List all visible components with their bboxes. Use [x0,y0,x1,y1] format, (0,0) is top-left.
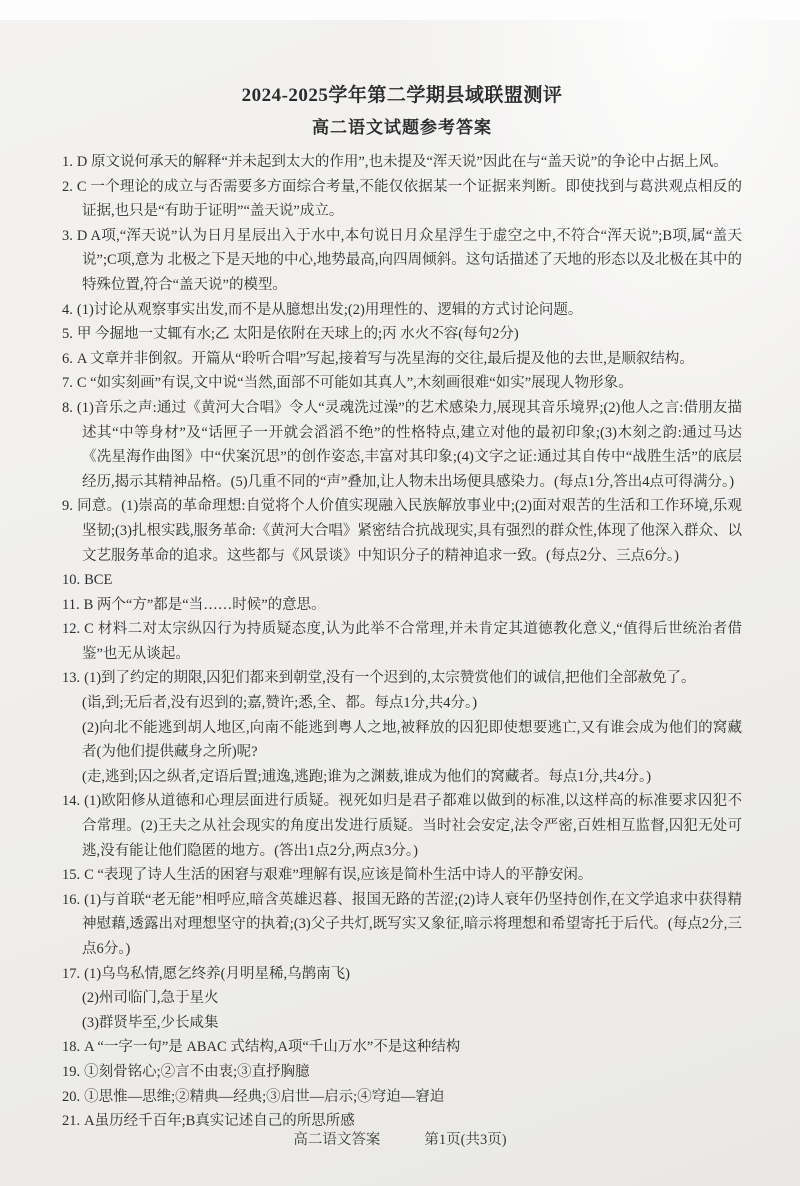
answer-number: 1. [62,154,77,170]
answer-subline: (2)州司临门,急于星火 [62,986,742,1011]
answer-item: 6.A 文章并非倒叙。开篇从“聆听合唱”写起,接着写与冼星海的交往,最后提及他的… [62,347,742,372]
answer-text: 9.同意。(1)崇高的革命理想:自觉将个人价值实现融入民族解放事业中;(2)面对… [62,494,742,568]
answer-text: 8.(1)音乐之声:通过《黄河大合唱》令人“灵魂洗过澡”的艺术感染力,展现其音乐… [62,396,742,494]
answer-subline: (2)向北不能逃到胡人地区,向南不能逃到粤人之地,被释放的囚犯即使想要逃亡,又有… [62,716,742,765]
answer-sheet-page: 2024-2025学年第二学期县域联盟测评 高二语文试题参考答案 1.D 原文说… [0,20,800,1186]
answer-text: 6.A 文章并非倒叙。开篇从“聆听合唱”写起,接着写与冼星海的交往,最后提及他的… [62,347,742,372]
answer-item: 10.BCE [62,568,742,593]
answer-text: 17.(1)乌鸟私情,愿乞终养(月明星稀,乌鹊南飞) [62,962,742,987]
answer-number: 15. [62,867,84,883]
answer-item: 18.A “一字一句”是 ABAC 式结构,A项“千山万水”不是这种结构 [62,1035,742,1060]
answer-number: 20. [62,1089,84,1105]
answer-item: 5.甲 今掘地一丈辄有水;乙 太阳是依附在天球上的;丙 水火不容(每句2分) [62,322,742,347]
answer-number: 14. [62,793,84,809]
answer-number: 10. [62,572,84,588]
answer-number: 8. [62,400,77,416]
answer-item: 20.①思惟—思维;②精典—经典;③启世—启示;④穹迫—窘迫 [62,1085,742,1110]
answer-subline: (走,逃到;囚之纵者,定语后置;逋逸,逃跑;谁为之渊薮,谁成为他们的窝藏者。每点… [62,765,742,790]
answer-text: 16.(1)与首联“老无能”相呼应,暗含英雄迟暮、报国无路的苦涩;(2)诗人衰年… [62,888,742,962]
answer-number: 2. [62,179,77,195]
answer-number: 17. [62,966,84,982]
answer-number: 3. [62,228,77,244]
answer-list: 1.D 原文说何承天的解释“并未起到太大的作用”,也未提及“浑天说”因此在与“盖… [62,150,742,1134]
answer-text: 11.B 两个“方”都是“当……时候”的意思。 [62,593,742,618]
answer-item: 7.C “如实刻画”有误,文中说“当然,面部不可能如其真人”,木刻画很难“如实”… [62,371,742,396]
answer-number: 18. [62,1039,84,1055]
document-photo: 2024-2025学年第二学期县域联盟测评 高二语文试题参考答案 1.D 原文说… [0,0,800,1186]
answer-subline: (3)群贤毕至,少长咸集 [62,1011,742,1036]
answer-number: 11. [62,597,84,613]
page-content: 2024-2025学年第二学期县域联盟测评 高二语文试题参考答案 1.D 原文说… [62,80,742,1134]
answer-text: 20.①思惟—思维;②精典—经典;③启世—启示;④穹迫—窘迫 [62,1085,742,1110]
answer-text: 2.C 一个理论的成立与否需要多方面综合考量,不能仅依据某一个证据来判断。即使找… [62,175,742,224]
answer-number: 5. [62,326,77,342]
answer-number: 16. [62,892,84,908]
answer-text: 3.D A项,“浑天说”认为日月星辰出入于水中,本句说日月众星浮生于虚空之中,不… [62,224,742,298]
answer-number: 19. [62,1064,84,1080]
answer-item: 3.D A项,“浑天说”认为日月星辰出入于水中,本句说日月众星浮生于虚空之中,不… [62,224,742,298]
answer-item: 19.①刻骨铭心;②言不由衷;③直抒胸臆 [62,1060,742,1085]
answer-text: 19.①刻骨铭心;②言不由衷;③直抒胸臆 [62,1060,742,1085]
answer-item: 8.(1)音乐之声:通过《黄河大合唱》令人“灵魂洗过澡”的艺术感染力,展现其音乐… [62,396,742,494]
answer-item: 16.(1)与首联“老无能”相呼应,暗含英雄迟暮、报国无路的苦涩;(2)诗人衰年… [62,888,742,962]
answer-item: 9.同意。(1)崇高的革命理想:自觉将个人价值实现融入民族解放事业中;(2)面对… [62,494,742,568]
answer-number: 6. [62,351,77,367]
answer-text: 7.C “如实刻画”有误,文中说“当然,面部不可能如其真人”,木刻画很难“如实”… [62,371,742,396]
answer-item: 2.C 一个理论的成立与否需要多方面综合考量,不能仅依据某一个证据来判断。即使找… [62,175,742,224]
answer-item: 14.(1)欧阳修从道德和心理层面进行质疑。视死如归是君子都难以做到的标准,以这… [62,789,742,863]
answer-text: 15.C “表现了诗人生活的困窘与艰难”理解有误,应该是简朴生活中诗人的平静安闲… [62,863,742,888]
answer-text: 12.C 材料二对太宗纵囚行为持质疑态度,认为此举不合常理,并未肯定其道德教化意… [62,617,742,666]
answer-item: 12.C 材料二对太宗纵囚行为持质疑态度,认为此举不合常理,并未肯定其道德教化意… [62,617,742,666]
page-subtitle: 高二语文试题参考答案 [62,113,742,138]
answer-number: 13. [62,670,84,686]
answer-item: 13.(1)到了约定的期限,囚犯们都来到朝堂,没有一个迟到的,太宗赞赏他们的诚信… [62,666,742,789]
answer-subline: (诣,到;无后者,没有迟到的;嘉,赞许;悉,全、都。每点1分,共4分。) [62,691,742,716]
answer-text: 1.D 原文说何承天的解释“并未起到太大的作用”,也未提及“浑天说”因此在与“盖… [62,150,742,175]
answer-text: 10.BCE [62,568,742,593]
answer-text: 5.甲 今掘地一丈辄有水;乙 太阳是依附在天球上的;丙 水火不容(每句2分) [62,322,742,347]
answer-item: 11.B 两个“方”都是“当……时候”的意思。 [62,593,742,618]
answer-item: 4.(1)讨论从观察事实出发,而不是从臆想出发;(2)用理性的、逻辑的方式讨论问… [62,298,742,323]
page-footer: 高二语文答案第1页(共3页) [0,1128,800,1149]
answer-text: 4.(1)讨论从观察事实出发,而不是从臆想出发;(2)用理性的、逻辑的方式讨论问… [62,298,742,323]
answer-text: 18.A “一字一句”是 ABAC 式结构,A项“千山万水”不是这种结构 [62,1035,742,1060]
answer-item: 1.D 原文说何承天的解释“并未起到太大的作用”,也未提及“浑天说”因此在与“盖… [62,150,742,175]
answer-number: 9. [62,498,77,514]
footer-page-number: 第1页(共3页) [424,1132,506,1148]
page-title: 2024-2025学年第二学期县域联盟测评 [62,80,742,107]
answer-item: 15.C “表现了诗人生活的困窘与艰难”理解有误,应该是简朴生活中诗人的平静安闲… [62,863,742,888]
answer-number: 21. [62,1113,84,1129]
answer-number: 12. [62,621,84,637]
footer-doc-label: 高二语文答案 [293,1132,380,1148]
answer-text: 14.(1)欧阳修从道德和心理层面进行质疑。视死如归是君子都难以做到的标准,以这… [62,789,742,863]
answer-text: 13.(1)到了约定的期限,囚犯们都来到朝堂,没有一个迟到的,太宗赞赏他们的诚信… [62,666,742,691]
answer-number: 7. [62,375,77,391]
answer-number: 4. [62,302,77,318]
answer-item: 17.(1)乌鸟私情,愿乞终养(月明星稀,乌鹊南飞)(2)州司临门,急于星火(3… [62,962,742,1036]
